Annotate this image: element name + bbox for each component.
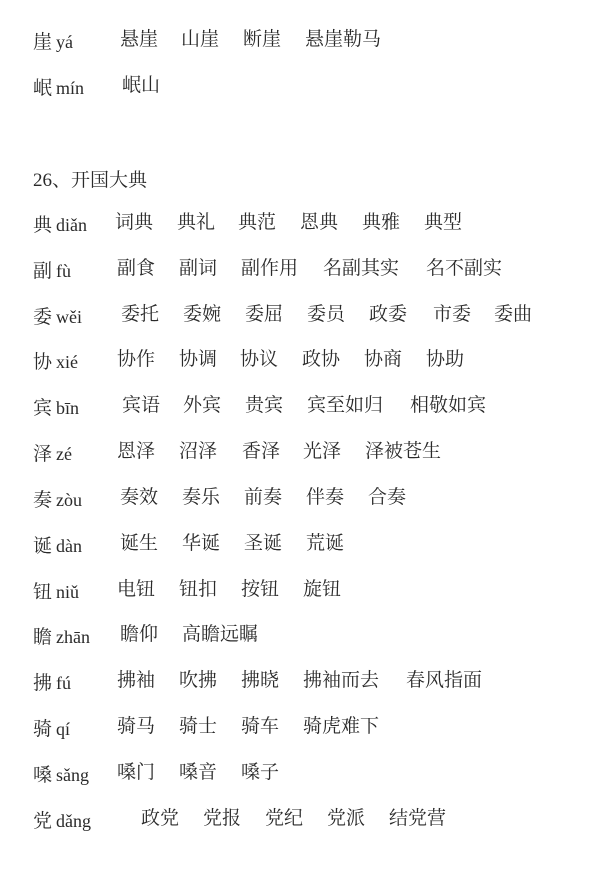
word: 名副其实 bbox=[323, 254, 399, 284]
word: 协调 bbox=[179, 345, 217, 375]
word: 委屈 bbox=[245, 300, 283, 330]
entry-head: 钮niǔ bbox=[33, 577, 79, 604]
head-char: 瞻 bbox=[33, 627, 52, 648]
word: 委员 bbox=[307, 300, 345, 330]
word: 钮扣 bbox=[179, 575, 217, 605]
word: 电钮 bbox=[117, 575, 155, 605]
word: 政协 bbox=[302, 345, 340, 375]
vocab-entry-zou: 奏zòu 奏效 奏乐 前奏 伴奏 合奏 bbox=[33, 483, 82, 513]
entry-head: 宾bīn bbox=[33, 393, 79, 420]
entry-head: 岷mín bbox=[33, 73, 84, 100]
word: 光泽 bbox=[303, 437, 341, 467]
entry-head: 骑qí bbox=[33, 714, 70, 741]
pinyin: dàn bbox=[56, 536, 82, 556]
entry-head: 拂fú bbox=[33, 668, 71, 695]
word: 吹拂 bbox=[179, 666, 217, 696]
word: 协议 bbox=[240, 345, 278, 375]
word: 典雅 bbox=[362, 208, 400, 238]
pinyin: sǎng bbox=[56, 765, 89, 785]
pinyin: xié bbox=[56, 352, 78, 372]
head-char: 诞 bbox=[33, 536, 52, 557]
head-char: 宾 bbox=[33, 398, 52, 419]
entry-head: 泽zé bbox=[33, 439, 72, 466]
vocab-entry-niu: 钮niǔ 电钮 钮扣 按钮 旋钮 bbox=[33, 575, 79, 605]
word: 相敬如宾 bbox=[410, 391, 486, 421]
word: 副作用 bbox=[241, 254, 298, 284]
word: 委托 bbox=[121, 300, 159, 330]
word: 伴奏 bbox=[306, 483, 344, 513]
word: 外宾 bbox=[183, 391, 221, 421]
entry-head: 瞻zhān bbox=[33, 622, 90, 649]
word: 骑车 bbox=[241, 712, 279, 742]
word: 恩泽 bbox=[117, 437, 155, 467]
word: 旋钮 bbox=[303, 575, 341, 605]
head-char: 钮 bbox=[33, 582, 52, 603]
word: 词典 bbox=[115, 208, 153, 238]
word: 春风指面 bbox=[406, 666, 482, 696]
entry-head: 委wěi bbox=[33, 302, 82, 329]
head-char: 嗓 bbox=[33, 765, 52, 786]
word: 拂袖而去 bbox=[303, 666, 379, 696]
word: 嗓子 bbox=[241, 758, 279, 788]
word: 协助 bbox=[426, 345, 464, 375]
vocab-entry-min: 岷mín 岷山 bbox=[33, 71, 84, 101]
word: 华诞 bbox=[182, 529, 220, 559]
word: 泽被苍生 bbox=[365, 437, 441, 467]
word: 协作 bbox=[117, 345, 155, 375]
vocab-entry-ya: 崖yá 悬崖 山崖 断崖 悬崖勒马 bbox=[33, 25, 73, 55]
word: 骑马 bbox=[117, 712, 155, 742]
vocab-entry-wei: 委wěi 委托 委婉 委屈 委员 政委 市委 委曲 bbox=[33, 300, 82, 330]
word: 荒诞 bbox=[306, 529, 344, 559]
word: 沼泽 bbox=[179, 437, 217, 467]
pinyin: yá bbox=[56, 32, 73, 52]
pinyin: zé bbox=[56, 444, 72, 464]
head-char: 奏 bbox=[33, 490, 52, 511]
word: 悬崖勒马 bbox=[305, 25, 381, 55]
entry-head: 典diǎn bbox=[33, 210, 87, 237]
pinyin: zhān bbox=[56, 627, 90, 647]
entry-head: 嗓sǎng bbox=[33, 760, 89, 787]
word: 高瞻远瞩 bbox=[182, 620, 258, 650]
entry-head: 党dǎng bbox=[33, 806, 91, 833]
pinyin: diǎn bbox=[56, 215, 87, 235]
head-char: 党 bbox=[33, 811, 52, 832]
word: 市委 bbox=[433, 300, 471, 330]
pinyin: qí bbox=[56, 719, 70, 739]
word: 奏乐 bbox=[182, 483, 220, 513]
head-char: 泽 bbox=[33, 444, 52, 465]
vocab-entry-fu: 副fù 副食 副词 副作用 名副其实 名不副实 bbox=[33, 254, 71, 284]
vocab-entry-zhan: 瞻zhān 瞻仰 高瞻远瞩 bbox=[33, 620, 90, 650]
word: 名不副实 bbox=[426, 254, 502, 284]
word: 副食 bbox=[117, 254, 155, 284]
word: 嗓音 bbox=[179, 758, 217, 788]
pinyin: fù bbox=[56, 261, 71, 281]
word: 骑士 bbox=[179, 712, 217, 742]
vocab-entry-fu2: 拂fú 拂袖 吹拂 拂晓 拂袖而去 春风指面 bbox=[33, 666, 71, 696]
pinyin: niǔ bbox=[56, 582, 79, 602]
word: 典范 bbox=[238, 208, 276, 238]
section-title: 26、开国大典 bbox=[33, 163, 147, 193]
word: 党派 bbox=[327, 804, 365, 834]
head-char: 崖 bbox=[33, 32, 52, 53]
entry-head: 崖yá bbox=[33, 27, 73, 54]
word: 委曲 bbox=[494, 300, 532, 330]
pinyin: zòu bbox=[56, 490, 82, 510]
vocab-entry-dang: 党dǎng 政党 党报 党纪 党派 结党营 bbox=[33, 804, 91, 834]
vocab-entry-dan: 诞dàn 诞生 华诞 圣诞 荒诞 bbox=[33, 529, 82, 559]
head-char: 岷 bbox=[33, 78, 52, 99]
entry-head: 协xié bbox=[33, 347, 78, 374]
word: 政委 bbox=[369, 300, 407, 330]
word: 贵宾 bbox=[245, 391, 283, 421]
word: 拂晓 bbox=[241, 666, 279, 696]
head-char: 骑 bbox=[33, 719, 52, 740]
head-char: 典 bbox=[33, 215, 52, 236]
word: 政党 bbox=[141, 804, 179, 834]
pinyin: fú bbox=[56, 673, 71, 693]
word: 骑虎难下 bbox=[303, 712, 379, 742]
word: 宾至如归 bbox=[307, 391, 383, 421]
word: 断崖 bbox=[243, 25, 281, 55]
word: 按钮 bbox=[241, 575, 279, 605]
word: 山崖 bbox=[181, 25, 219, 55]
word: 结党营 bbox=[389, 804, 446, 834]
vocab-entry-qi: 骑qí 骑马 骑士 骑车 骑虎难下 bbox=[33, 712, 70, 742]
word: 悬崖 bbox=[120, 25, 158, 55]
word: 党报 bbox=[203, 804, 241, 834]
word: 委婉 bbox=[183, 300, 221, 330]
pinyin: wěi bbox=[56, 307, 82, 327]
word: 前奏 bbox=[244, 483, 282, 513]
entry-head: 诞dàn bbox=[33, 531, 82, 558]
pinyin: mín bbox=[56, 78, 84, 98]
vocab-entry-xie: 协xié 协作 协调 协议 政协 协商 协助 bbox=[33, 345, 78, 375]
pinyin: dǎng bbox=[56, 811, 91, 831]
pinyin: bīn bbox=[56, 398, 79, 418]
word: 岷山 bbox=[122, 71, 160, 101]
word: 奏效 bbox=[120, 483, 158, 513]
head-char: 副 bbox=[33, 261, 52, 282]
entry-head: 奏zòu bbox=[33, 485, 82, 512]
vocab-entry-bin: 宾bīn 宾语 外宾 贵宾 宾至如归 相敬如宾 bbox=[33, 391, 79, 421]
word: 典型 bbox=[424, 208, 462, 238]
word: 恩典 bbox=[300, 208, 338, 238]
head-char: 委 bbox=[33, 307, 52, 328]
word: 党纪 bbox=[265, 804, 303, 834]
word: 圣诞 bbox=[244, 529, 282, 559]
word: 典礼 bbox=[177, 208, 215, 238]
vocab-entry-sang: 嗓sǎng 嗓门 嗓音 嗓子 bbox=[33, 758, 89, 788]
word: 瞻仰 bbox=[120, 620, 158, 650]
vocab-entry-ze: 泽zé 恩泽 沼泽 香泽 光泽 泽被苍生 bbox=[33, 437, 72, 467]
head-char: 协 bbox=[33, 352, 52, 373]
vocab-entry-dian: 典diǎn 词典 典礼 典范 恩典 典雅 典型 bbox=[33, 208, 87, 238]
word: 诞生 bbox=[120, 529, 158, 559]
word: 香泽 bbox=[242, 437, 280, 467]
head-char: 拂 bbox=[33, 673, 52, 694]
word: 副词 bbox=[179, 254, 217, 284]
word: 嗓门 bbox=[117, 758, 155, 788]
word: 协商 bbox=[364, 345, 402, 375]
word: 宾语 bbox=[122, 391, 160, 421]
entry-head: 副fù bbox=[33, 256, 71, 283]
word: 合奏 bbox=[368, 483, 406, 513]
word: 拂袖 bbox=[117, 666, 155, 696]
